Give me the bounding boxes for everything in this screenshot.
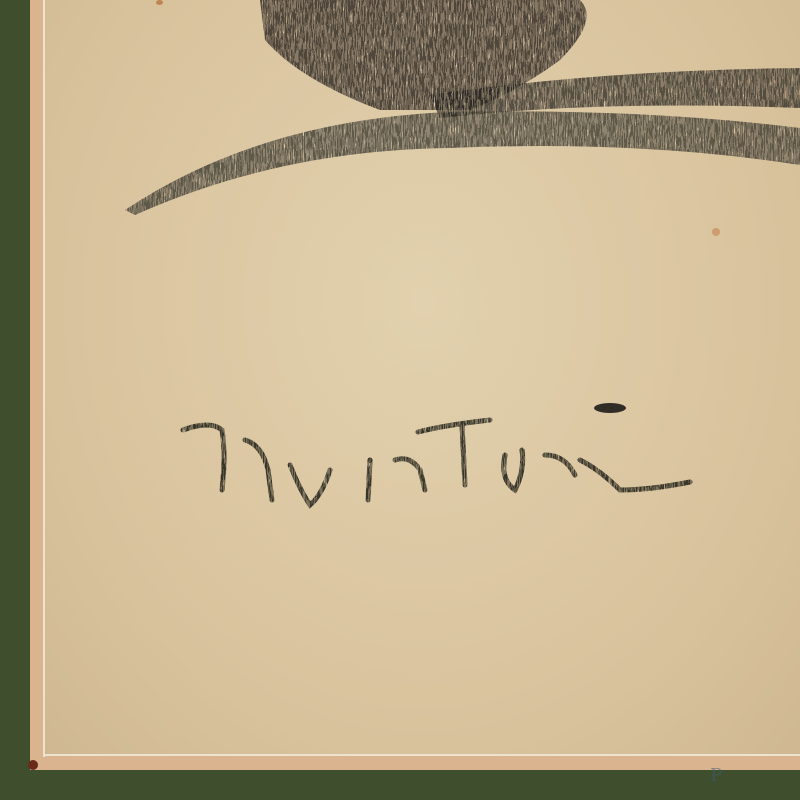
- signature-dot: [594, 403, 626, 413]
- watermark-text: P: [710, 765, 723, 786]
- charcoal-stroke-lower: [125, 111, 800, 215]
- signature: [183, 420, 690, 505]
- charcoal-drawing: [0, 0, 800, 800]
